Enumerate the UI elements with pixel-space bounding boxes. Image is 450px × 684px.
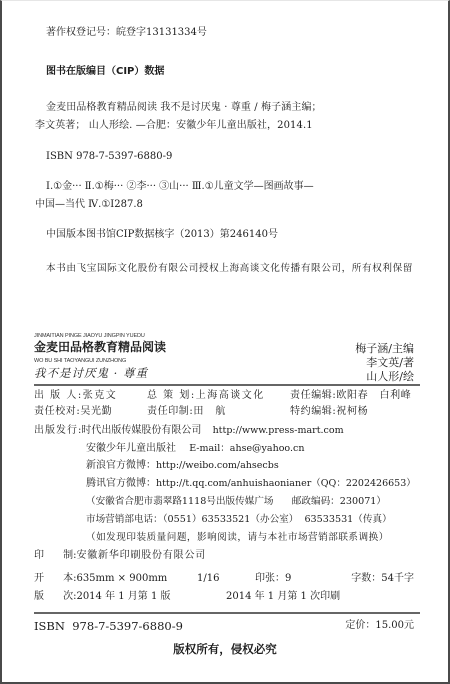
staff-label: 出 版 人: [34, 390, 78, 402]
publisher-group: 时代出版传媒股份有限公司: [81, 425, 201, 436]
credit-illustrator: 山人形/绘: [366, 370, 414, 383]
quality-notice: （如发现印装质量问题，影响阅读，请与本社市场营销部联系调换）: [86, 532, 389, 544]
staff-value: 吴光勤: [80, 406, 112, 417]
colophon-top-rule: [34, 384, 420, 386]
staff-label: 责任编辑: [290, 390, 332, 402]
staff-value: 田 航: [193, 406, 226, 417]
edition-value: 2014 年 1 月第 1 版: [76, 591, 170, 602]
rights-notice: 版权所有，侵权必究: [2, 642, 448, 656]
book-title: 我不是讨厌鬼 · 尊重: [34, 366, 148, 380]
printer-name: 安徽新华印刷股份有限公司: [76, 550, 206, 561]
format-size: 635mm × 900mm: [76, 573, 167, 584]
staff-value: 祝柯杨: [336, 406, 368, 417]
group-website-link[interactable]: http://www.press-mart.com: [213, 425, 344, 436]
format-sheets: 印张：9: [255, 573, 291, 585]
staff-publisher: 出 版 人:张克文: [34, 390, 117, 402]
series-title: 金麦田品格教育精品阅读: [34, 340, 166, 355]
tencent-weibo-line: 腾讯官方微博：http://t.qq.com/anhuishaonianer（Q…: [86, 478, 416, 490]
sina-weibo-label: 新浪官方微博: [86, 460, 146, 471]
series-pinyin: JINMAITIAN PINGE JIAOYU JINGPIN YUEDU: [34, 333, 145, 340]
staff-responsible-editor: 责任编辑:欧阳春 白利峰: [290, 390, 411, 402]
copyright-registration: 著作权登记号：皖登字13131334号: [46, 27, 207, 39]
cip-entry-line1: 金麦田品格教育精品阅读 我不是讨厌鬼 · 尊重 / 梅子涵主编；: [46, 102, 322, 114]
tencent-weibo-link[interactable]: http://t.qq.com/anhuishaonianer（QQ：22024…: [156, 478, 416, 489]
credit-author: 李文英/著: [366, 356, 414, 369]
format-line: 开 本:635mm × 900mm: [34, 573, 167, 585]
cip-classification-line1: Ⅰ.①金··· Ⅱ.①梅··· ②李··· ③山··· Ⅲ.①儿童文学—图画故事…: [46, 181, 314, 193]
staff-contributing-editor: 特约编辑:祝柯杨: [290, 406, 368, 418]
printer-label: 印 制: [34, 550, 73, 561]
license-notice: 本书由飞宝国际文化股份有限公司授权上海高谈文化传播有限公司，所有权利保留: [46, 263, 413, 275]
credit-editor: 梅子涵/主编: [355, 342, 414, 355]
publisher-email-line: 安徽少年儿童出版社 E-mail：ahse@yahoo.cn: [86, 443, 304, 455]
printer-line: 印 制:安徽新华印刷股份有限公司: [34, 550, 206, 562]
staff-proofreader: 责任校对:吴光勤: [34, 406, 112, 418]
staff-value: 张克文: [83, 390, 118, 401]
distribution-line: 出版发行:时代出版传媒股份有限公司 http://www.press-mart.…: [34, 425, 344, 437]
sina-weibo-link[interactable]: http://weibo.com/ahsecbs: [156, 460, 279, 471]
cip-entry-line2: 李文英著； 山人形绘. —合肥：安徽少年儿童出版社，2014.1: [35, 120, 313, 132]
staff-label: 总 策 划: [147, 390, 191, 402]
cip-verification-number: 中国版本图书馆CIP数据核字（2013）第246140号: [46, 229, 278, 241]
staff-chief-planner: 总 策 划:上海高谈文化: [147, 390, 265, 402]
format-fold: 1/16: [197, 573, 219, 585]
tencent-weibo-label: 腾讯官方微博: [86, 478, 146, 489]
cip-isbn: ISBN 978-7-5397-6880-9: [46, 151, 172, 163]
distribution-label: 出版发行: [34, 425, 78, 436]
colophon-bottom-rule: [34, 612, 420, 614]
format-word-count: 字数：54千字: [351, 573, 414, 585]
cip-heading: 图书在版编目（CIP）数据: [46, 66, 164, 78]
staff-label: 特约编辑: [290, 406, 332, 418]
publisher-name: 安徽少年儿童出版社: [86, 443, 176, 454]
staff-value: 上海高谈文化: [196, 390, 265, 401]
sina-weibo-line: 新浪官方微博：http://weibo.com/ahsecbs: [86, 460, 279, 472]
publisher-address: （安徽省合肥市翡翠路1118号出版传媒广场 邮政编码：230071）: [86, 496, 386, 508]
staff-label: 责任校对: [34, 406, 76, 418]
colophon-isbn: ISBN 978-7-5397-6880-9: [34, 619, 183, 633]
staff-label: 责任印制: [147, 406, 189, 418]
cip-classification-line2: 中国—当代 Ⅳ.①I287.8: [35, 199, 143, 211]
edition-label: 版 次: [34, 591, 73, 602]
email-link[interactable]: ahse@yahoo.cn: [230, 443, 305, 454]
edition-line: 版 次:2014 年 1 月第 1 版: [34, 591, 171, 603]
copyright-page: 著作权登记号：皖登字13131334号 图书在版编目（CIP）数据 金麦田品格教…: [0, 0, 450, 684]
printing-edition: 2014 年 1 月第 1 次印刷: [226, 591, 340, 603]
staff-print-supervisor: 责任印制:田 航: [147, 406, 226, 418]
format-label: 开 本: [34, 573, 73, 584]
marketing-phone: 市场营销部电话：（0551）63533521（办公室） 63533531（传真）: [86, 514, 392, 526]
email-label: E-mail: [189, 443, 220, 454]
book-title-pinyin: WO BU SHI TAOYANGUI ZUNZHONG: [34, 358, 126, 365]
staff-value: 欧阳春 白利峰: [336, 390, 411, 401]
price: 定价：15.00元: [345, 620, 414, 632]
